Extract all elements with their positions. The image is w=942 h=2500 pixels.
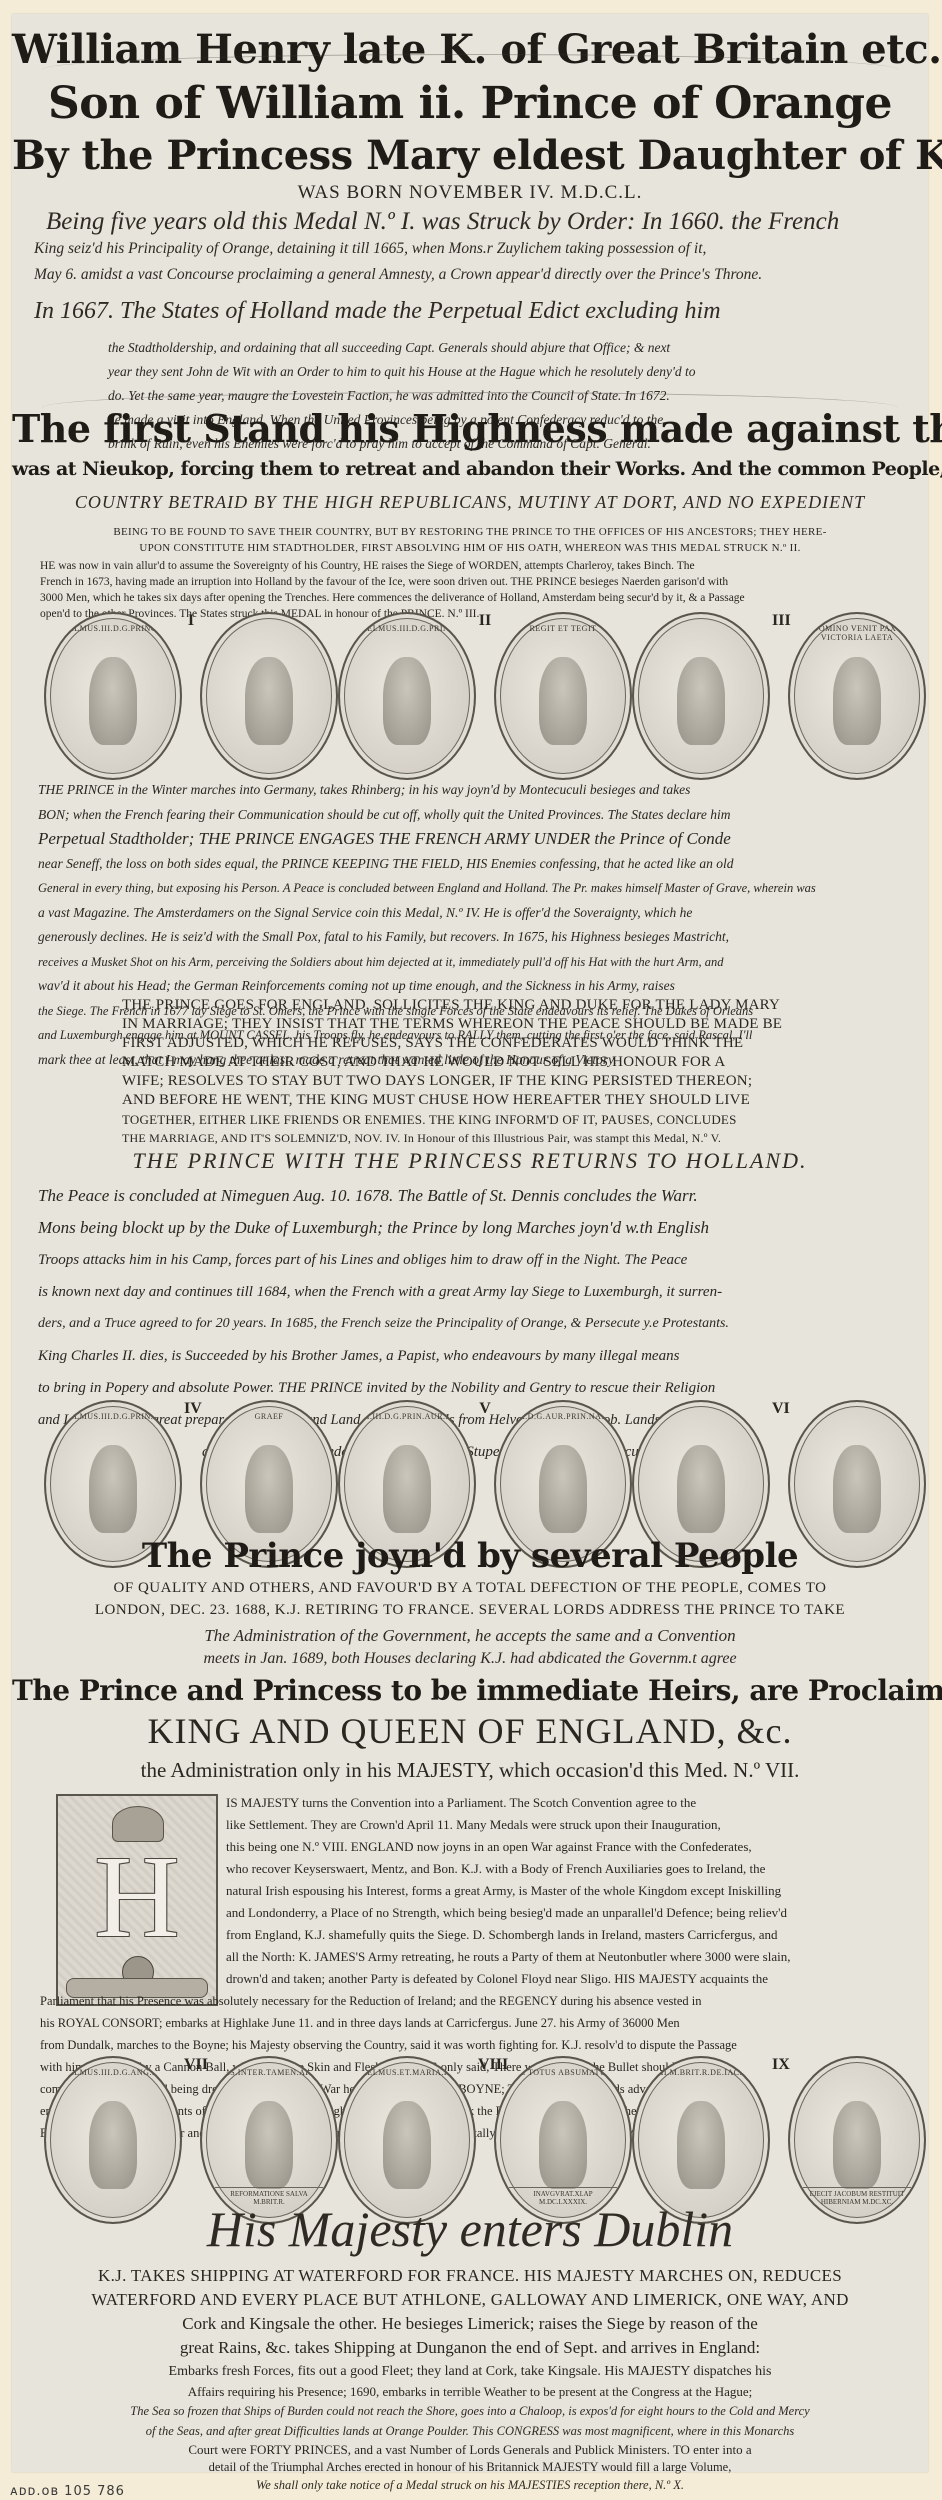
text-line: who recover Keyserswaert, Mentz, and Bon… bbox=[226, 1858, 906, 1880]
text-line: THE MARRIAGE, AND IT'S SOLEMNIZ'D, NOV. … bbox=[122, 1129, 828, 1148]
medal-numeral: IX bbox=[772, 2056, 786, 2074]
medal-pair-VII: WILHELMUS.III.D.G.ANG.SCO.FRAN.ET.HIB.RE… bbox=[44, 2056, 338, 2224]
text-line: a vast Magazine. The Amsterdamers on the… bbox=[38, 901, 904, 926]
text-line: drown'd and taken; another Party is defe… bbox=[226, 1968, 906, 1990]
text-line: receives a Musket Shot on his Arm, perce… bbox=[38, 950, 904, 975]
medal-legend: GUIL.H.III.D.G.PRIN.AUR.HOL.ET.WES.GUB bbox=[340, 1412, 474, 1421]
medal-obverse: GULI.III.M.BRIT.R.DE.IAC.ET.LUD.TRIUMP bbox=[632, 2056, 770, 2224]
medal-legend: WILHELMUS.III.D.G.PRINC.ARAUS.ETC bbox=[46, 624, 180, 633]
text-line: MATCH MADE AT THEIR COST, AND THAT HE WO… bbox=[122, 1053, 828, 1072]
medal-obverse bbox=[632, 612, 770, 780]
medal-legend: WILHELMUS.III.D.G.PRIN.AUR.C.NAS bbox=[46, 1412, 180, 1421]
section8-line-1: Cork and Kingsale the other. He besieges… bbox=[12, 2314, 928, 2334]
section8-caps-1: K.J. TAKES SHIPPING AT WATERFORD FOR FRA… bbox=[12, 2266, 928, 2286]
section6-script-2: meets in Jan. 1689, both Houses declarin… bbox=[12, 1650, 928, 1668]
medal-legend: MARIA.D.G.AUR.PRIN.NAT.DE.YORK bbox=[496, 1412, 630, 1421]
administration-line: the Administration only in his MAJESTY, … bbox=[12, 1758, 928, 1783]
handwritten-catalogue-number: ᴀᴅᴅ.ᴏʙ 105 786 bbox=[10, 2484, 125, 2499]
text-line: Parliament that his Presence was absolut… bbox=[40, 1990, 906, 2012]
text-line: Perpetual Stadtholder; THE PRINCE ENGAGE… bbox=[38, 827, 904, 852]
medal-legend: GUILHELMUS.ET.MARIA.REX.ET.REGINA bbox=[340, 2068, 474, 2077]
text-line: TOGETHER, EITHER LIKE FRIENDS OR ENEMIES… bbox=[122, 1110, 828, 1129]
medal-numeral: III bbox=[772, 612, 786, 630]
fortress-map-icon bbox=[245, 1445, 293, 1534]
medal-numeral: II bbox=[478, 612, 492, 630]
medal-row-3: WILHELMUS.III.D.G.ANG.SCO.FRAN.ET.HIB.RE… bbox=[44, 2056, 896, 2224]
medal-numeral: VII bbox=[184, 2056, 198, 2074]
section2-caps-1: BEING TO BE FOUND TO SAVE THEIR COUNTRY,… bbox=[12, 526, 928, 538]
dove-icon bbox=[833, 657, 881, 746]
section7-paragraph-beside: IS MAJESTY turns the Convention into a P… bbox=[226, 1792, 906, 1990]
medal-numeral: I bbox=[184, 612, 198, 630]
medal-pair-VIII: GUILHELMUS.ET.MARIA.REX.ET.REGINA VIII N… bbox=[338, 2056, 632, 2224]
section8-line-9: We shall only take notice of a Medal str… bbox=[12, 2478, 928, 2493]
proclaim-line: The Prince and Princess to be immediate … bbox=[12, 1674, 928, 1707]
text-line: all the North: K. JAMES'S Army retreatin… bbox=[226, 1946, 906, 1968]
text-line: wav'd it about his Head; the German Rein… bbox=[38, 974, 904, 999]
section2-subline-1: was at Nieukop, forcing them to retreat … bbox=[12, 458, 928, 480]
text-line: near Seneff, the loss on both sides equa… bbox=[38, 852, 904, 877]
medal-legend: WILHELMUS.III.D.G.ANG.SCO.FRAN.ET.HIB.RE… bbox=[46, 2068, 180, 2077]
section6-caps-2: LONDON, DEC. 23. 1688, K.J. RETIRING TO … bbox=[12, 1602, 928, 1619]
intro-line-3: May 6. amidst a vast Concourse proclaimi… bbox=[12, 266, 942, 284]
medal-row-1: WILHELMUS.III.D.G.PRINC.ARAUS.ETC I GUIL… bbox=[44, 612, 896, 780]
ark-icon bbox=[245, 2101, 293, 2190]
text-line: this being one N.º VIII. ENGLAND now joy… bbox=[226, 1836, 906, 1858]
medal-pair-II: GUILHELMUS.III.D.G.PRINC.AUR.HOLL.ET.WES… bbox=[338, 612, 632, 780]
section8-line-3: Embarks fresh Forces, fits out a good Fl… bbox=[12, 2364, 928, 2380]
portrait-icon bbox=[89, 657, 137, 746]
text-line: Troops attacks him in his Camp, forces p… bbox=[38, 1244, 904, 1276]
section8-heading: His Majesty enters Dublin bbox=[12, 2200, 928, 2258]
section6-script-1: The Administration of the Government, he… bbox=[12, 1626, 928, 1646]
section2-heading: The first Stand his Highness made agains… bbox=[12, 406, 928, 451]
title-line-2: Son of William ii. Prince of Orange bbox=[12, 78, 928, 129]
broadside-sheet: William Henry late K. of Great Britain e… bbox=[12, 14, 928, 2472]
text-line: WIFE; RESOLVES TO STAY BUT TWO DAYS LONG… bbox=[122, 1072, 828, 1091]
text-line: ders, and a Truce agreed to for 20 years… bbox=[38, 1308, 904, 1340]
text-line: HE was now in vain allur'd to assume the… bbox=[40, 558, 902, 574]
section8-line-5: The Sea so frozen that Ships of Burden c… bbox=[12, 2404, 928, 2419]
bird-icon bbox=[245, 657, 293, 746]
text-line: King Charles II. dies, is Succeeded by h… bbox=[38, 1340, 904, 1372]
laureate-portrait-icon bbox=[89, 2101, 137, 2190]
text-line: his ROYAL CONSORT; embarks at Highlake J… bbox=[40, 2012, 906, 2034]
medal-obverse: GUILHELMUS.ET.MARIA.REX.ET.REGINA bbox=[338, 2056, 476, 2224]
medal-reverse: HOSTES.INTER.TAMEN.ARCA.TRIUMPHATREFORMA… bbox=[200, 2056, 338, 2224]
text-line: 3000 Men, which he takes six days after … bbox=[40, 590, 902, 606]
text-line: and Londonderry, a Place of no Strength,… bbox=[226, 1902, 906, 1924]
intro-line-2: King seiz'd his Principality of Orange, … bbox=[12, 240, 942, 258]
medal-reverse bbox=[200, 612, 338, 780]
text-line: French in 1673, having made an irruption… bbox=[40, 574, 902, 590]
laureate-portrait-icon bbox=[677, 2101, 725, 2190]
portrait-icon bbox=[383, 657, 431, 746]
medal-reverse: REGIT ET TEGIT bbox=[494, 612, 632, 780]
portrait-icon bbox=[539, 1445, 587, 1534]
section8-line-8: detail of the Triumphal Arches erected i… bbox=[12, 2460, 928, 2475]
medal-legend: GULI.III.M.BRIT.R.DE.IAC.ET.LUD.TRIUMP bbox=[634, 2068, 768, 2077]
medal-reverse: EJECIT JACOBUM RESTITUIT HIBERNIAM M.DC.… bbox=[788, 2056, 926, 2224]
text-line: year they sent John de Wit with an Order… bbox=[108, 360, 808, 384]
born-line: WAS BORN NOVEMBER IV. M.D.C.L. bbox=[12, 182, 928, 204]
medal-obverse: WILHELMUS.III.D.G.PRINC.ARAUS.ETC bbox=[44, 612, 182, 780]
allegory-icon bbox=[677, 1445, 725, 1534]
intro-line-1: Being five years old this Medal N.º I. w… bbox=[12, 208, 942, 236]
text-line: Mons being blockt up by the Duke of Luxe… bbox=[38, 1212, 904, 1244]
text-line: General in every thing, but exposing his… bbox=[38, 876, 904, 901]
medal-numeral: IV bbox=[184, 1400, 198, 1418]
medal-legend: NE TOTUS ABSUMATUR bbox=[496, 2068, 630, 2077]
text-line: like Settlement. They are Crown'd April … bbox=[226, 1814, 906, 1836]
section8-line-4: Affairs requiring his Presence; 1690, em… bbox=[12, 2384, 928, 2400]
section4-paragraph: THE PRINCE GOES FOR ENGLAND, SOLLICITES … bbox=[122, 996, 828, 1148]
medal-pair-I: WILHELMUS.III.D.G.PRINC.ARAUS.ETC I bbox=[44, 612, 338, 780]
medal-reverse: A DOMINO VENIT PAX ET VICTORIA LAETA bbox=[788, 612, 926, 780]
portrait-icon bbox=[383, 1445, 431, 1534]
medal-obverse: GUILHELMUS.III.D.G.PRINC.AUR.HOLL.ET.WES… bbox=[338, 612, 476, 780]
text-line: the Stadtholdership, and ordaining that … bbox=[108, 336, 808, 360]
medal-pair-IX: GULI.III.M.BRIT.R.DE.IAC.ET.LUD.TRIUMP I… bbox=[632, 2056, 926, 2224]
medal-legend: REGIT ET TEGIT bbox=[496, 624, 630, 633]
medal-legend: HOSTES.INTER.TAMEN.ARCA.TRIUMPHAT bbox=[202, 2068, 336, 2077]
medal-numeral: VIII bbox=[478, 2056, 492, 2074]
medal-legend: GRAEF bbox=[202, 1412, 336, 1421]
text-line: generously declines. He is seiz'd with t… bbox=[38, 925, 904, 950]
medal-legend: GUILHELMUS.III.D.G.PRINC.AUR.HOLL.ET.WES… bbox=[340, 624, 474, 633]
section8-caps-2: WATERFORD AND EVERY PLACE BUT ATHLONE, G… bbox=[12, 2290, 928, 2310]
medal-numeral: V bbox=[478, 1400, 492, 1418]
title-line-3: By the Princess Mary eldest Daughter of … bbox=[12, 132, 928, 179]
section2-caps-2: UPON CONSTITUTE HIM STADTHOLDER, FIRST A… bbox=[12, 542, 928, 554]
text-line: from England, K.J. shamefully quits the … bbox=[226, 1924, 906, 1946]
medal-numeral: VI bbox=[772, 1400, 786, 1418]
section6-heading: The Prince joyn'd by several People bbox=[12, 1536, 928, 1576]
text-line: BON; when the French fearing their Commu… bbox=[38, 803, 904, 828]
text-line: THE PRINCE GOES FOR ENGLAND, SOLLICITES … bbox=[122, 996, 828, 1015]
section8-line-7: Court were FORTY PRINCES, and a vast Num… bbox=[12, 2442, 928, 2458]
text-line: natural Irish espousing his Interest, fo… bbox=[226, 1880, 906, 1902]
section8-line-6: of the Seas, and after great Difficultie… bbox=[12, 2424, 928, 2439]
medal-legend: A DOMINO VENIT PAX ET VICTORIA LAETA bbox=[790, 624, 924, 642]
fleet-icon bbox=[833, 1445, 881, 1534]
initial-letter: H bbox=[58, 1838, 216, 1956]
section8-line-2: great Rains, &c. takes Shipping at Dunga… bbox=[12, 2338, 928, 2358]
text-line: from Dundalk, marches to the Boyne; his … bbox=[40, 2034, 906, 2056]
double-portrait-icon bbox=[383, 2101, 431, 2190]
section2-subline-2: COUNTRY BETRAID BY THE HIGH REPUBLICANS,… bbox=[12, 492, 928, 513]
text-line: FIRST ADJUSTED, WHICH HE REFUSES, SAYS T… bbox=[122, 1034, 828, 1053]
medal-pair-III: III A DOMINO VENIT PAX ET VICTORIA LAETA bbox=[632, 612, 926, 780]
text-line: IN MARRIAGE; THEY INSIST THAT THE TERMS … bbox=[122, 1015, 828, 1034]
intro-line-4: In 1667. The States of Holland made the … bbox=[12, 298, 942, 325]
portrait-icon bbox=[89, 1445, 137, 1534]
section5-heading: THE PRINCE WITH THE PRINCESS RETURNS TO … bbox=[12, 1148, 928, 1174]
text-line: THE PRINCE in the Winter marches into Ge… bbox=[38, 778, 904, 803]
burning-bush-icon bbox=[539, 2101, 587, 2190]
medal-reverse: NE TOTUS ABSUMATURINAVGVRAT.XI.AP M.DC.L… bbox=[494, 2056, 632, 2224]
section6-caps-1: OF QUALITY AND OTHERS, AND FAVOUR'D BY A… bbox=[12, 1580, 928, 1597]
horseman-icon bbox=[677, 657, 725, 746]
text-line: IS MAJESTY turns the Convention into a P… bbox=[226, 1792, 906, 1814]
text-line: is known next day and continues till 168… bbox=[38, 1276, 904, 1308]
battle-scene-icon bbox=[833, 2101, 881, 2190]
text-line: The Peace is concluded at Nimeguen Aug. … bbox=[38, 1180, 904, 1212]
king-queen-heading: KING AND QUEEN OF ENGLAND, &c. bbox=[12, 1710, 928, 1752]
medal-obverse: WILHELMUS.III.D.G.ANG.SCO.FRAN.ET.HIB.RE… bbox=[44, 2056, 182, 2224]
text-line: AND BEFORE HE WENT, THE KING MUST CHUSE … bbox=[122, 1091, 828, 1110]
horseman-icon bbox=[539, 657, 587, 746]
ornamental-initial: H bbox=[56, 1794, 218, 2006]
